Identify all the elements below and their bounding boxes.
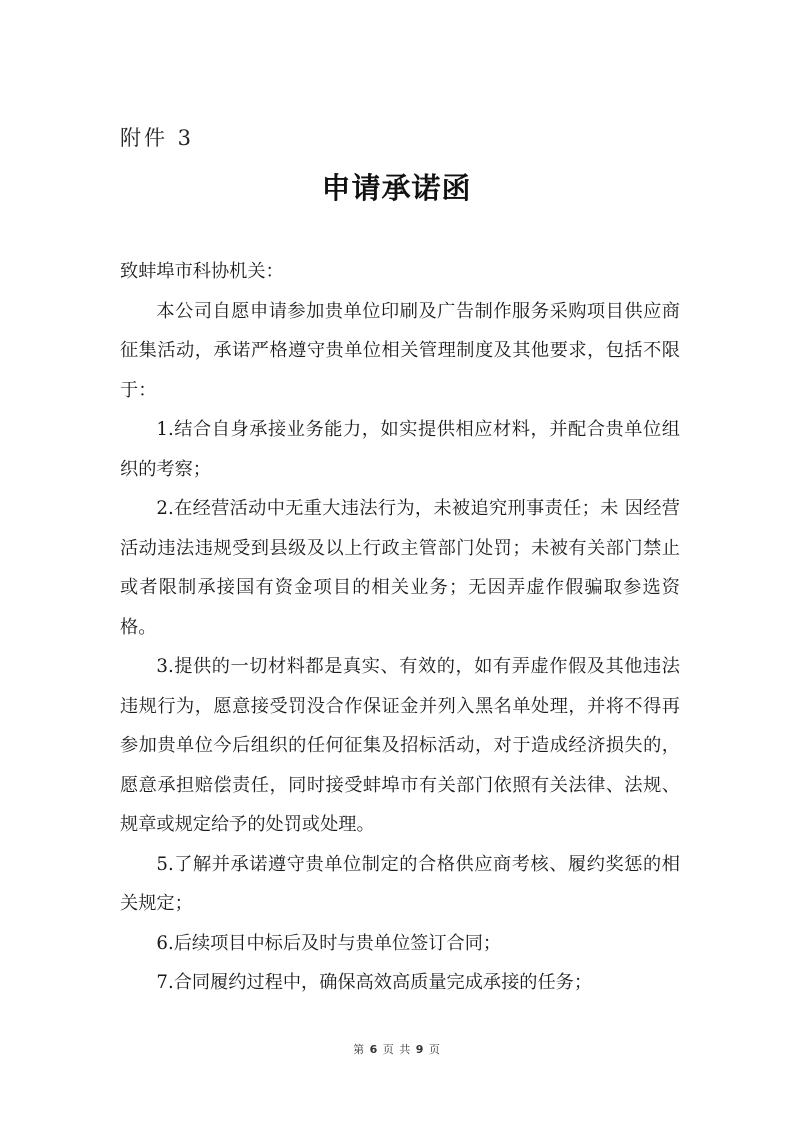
commitment-item-5: 5.了解并承诺遵守贵单位制定的合格供应商考核、履约奖惩的相关规定；	[120, 845, 680, 924]
commitment-item-7: 7.合同履约过程中，确保高效高质量完成承接的任务；	[120, 963, 680, 1003]
footer-prefix: 第	[353, 1043, 364, 1056]
current-page-number: 6	[370, 1043, 378, 1056]
document-page: 附件 3 申请承诺函 致蚌埠市科协机关： 本公司自愿申请参加贵单位印刷及广告制作…	[0, 0, 793, 1122]
commitment-item-3: 3.提供的一切材料都是真实、有效的，如有弄虚作假及其他违法违规行为，愿意接受罚没…	[120, 647, 680, 845]
salutation: 致蚌埠市科协机关：	[120, 252, 680, 292]
attachment-label: 附件 3	[120, 122, 194, 152]
total-pages-number: 9	[416, 1043, 424, 1056]
intro-paragraph: 本公司自愿申请参加贵单位印刷及广告制作服务采购项目供应商征集活动，承诺严格遵守贵…	[120, 292, 680, 411]
commitment-item-2: 2.在经营活动中无重大违法行为，未被追究刑事责任；未 因经营活动违法违规受到县级…	[120, 489, 680, 647]
footer-suffix: 页	[429, 1043, 440, 1056]
page-footer: 第 6 页 共 9 页	[0, 1041, 793, 1057]
commitment-item-1: 1.结合自身承接业务能力，如实提供相应材料，并配合贵单位组织的考察；	[120, 410, 680, 489]
footer-middle: 页 共	[383, 1043, 411, 1056]
document-title: 申请承诺函	[0, 166, 793, 207]
commitment-item-6: 6.后续项目中标后及时与贵单位签订合同；	[120, 924, 680, 964]
document-body: 致蚌埠市科协机关： 本公司自愿申请参加贵单位印刷及广告制作服务采购项目供应商征集…	[120, 252, 680, 1003]
